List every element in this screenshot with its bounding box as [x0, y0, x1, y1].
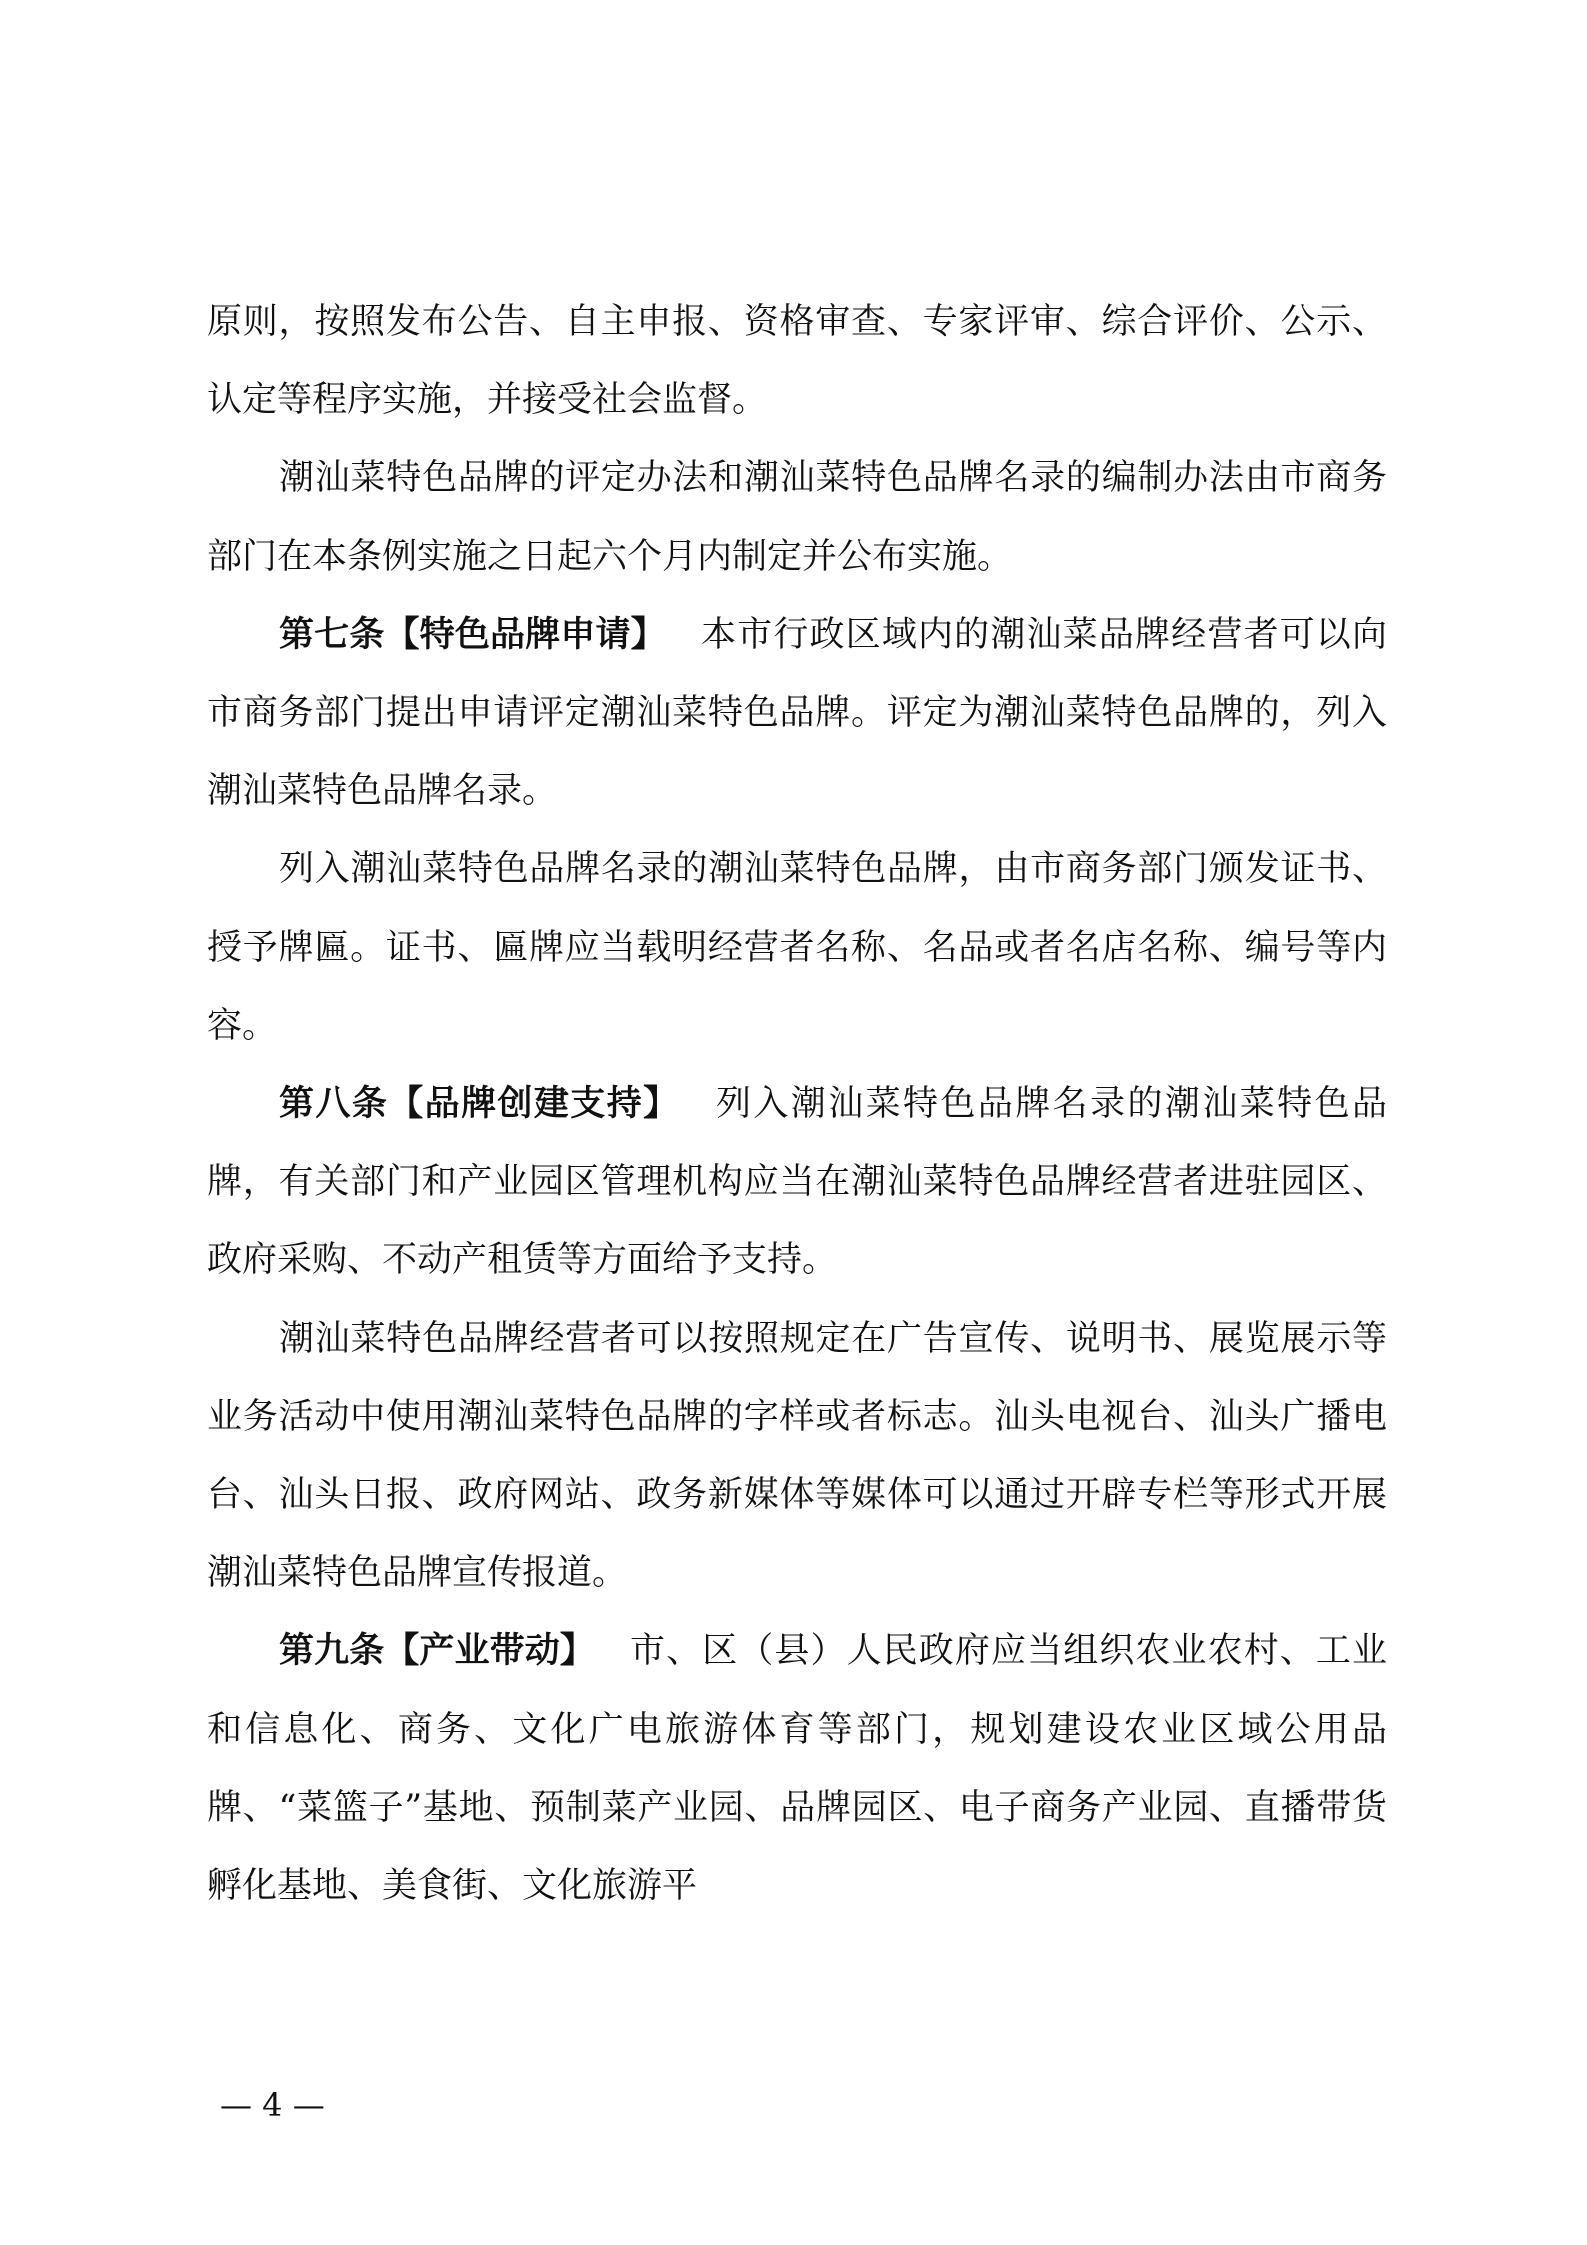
paragraph: 潮汕菜特色品牌的评定办法和潮汕菜特色品牌名录的编制办法由市商务部门在本条例实施之… — [207, 439, 1387, 595]
document-body: 原则，按照发布公告、自主申报、资格审查、专家评审、综合评价、公示、认定等程序实施… — [207, 283, 1387, 1925]
article-7: 第七条【特色品牌申请】本市行政区域内的潮汕菜品牌经营者可以向市商务部门提出申请评… — [207, 596, 1387, 831]
paragraph: 潮汕菜特色品牌经营者可以按照规定在广告宣传、说明书、展览展示等业务活动中使用潮汕… — [207, 1300, 1387, 1613]
paragraph-text: 潮汕菜特色品牌的评定办法和潮汕菜特色品牌名录的编制办法由市商务部门在本条例实施之… — [207, 458, 1387, 576]
article-heading: 第九条【产业带动】 — [279, 1631, 595, 1671]
article-9: 第九条【产业带动】市、区（县）人民政府应当组织农业农村、工业和信息化、商务、文化… — [207, 1612, 1387, 1925]
paragraph: 列入潮汕菜特色品牌名录的潮汕菜特色品牌，由市商务部门颁发证书、授予牌匾。证书、匾… — [207, 830, 1387, 1065]
paragraph-text: 潮汕菜特色品牌经营者可以按照规定在广告宣传、说明书、展览展示等业务活动中使用潮汕… — [207, 1319, 1387, 1594]
article-heading: 第七条【特色品牌申请】 — [279, 615, 666, 655]
paragraph-text: 列入潮汕菜特色品牌名录的潮汕菜特色品牌，由市商务部门颁发证书、授予牌匾。证书、匾… — [207, 849, 1387, 1045]
paragraph-text: 原则，按照发布公告、自主申报、资格审查、专家评审、综合评价、公示、认定等程序实施… — [207, 302, 1387, 420]
page-number: — 4 — — [220, 2086, 325, 2124]
article-heading: 第八条【品牌创建支持】 — [279, 1084, 680, 1124]
paragraph-text: 市、区（县）人民政府应当组织农业农村、工业和信息化、商务、文化广电旅游体育等部门… — [207, 1631, 1387, 1906]
article-8: 第八条【品牌创建支持】列入潮汕菜特色品牌名录的潮汕菜特色品牌，有关部门和产业园区… — [207, 1065, 1387, 1300]
paragraph-continuation: 原则，按照发布公告、自主申报、资格审查、专家评审、综合评价、公示、认定等程序实施… — [207, 283, 1387, 439]
